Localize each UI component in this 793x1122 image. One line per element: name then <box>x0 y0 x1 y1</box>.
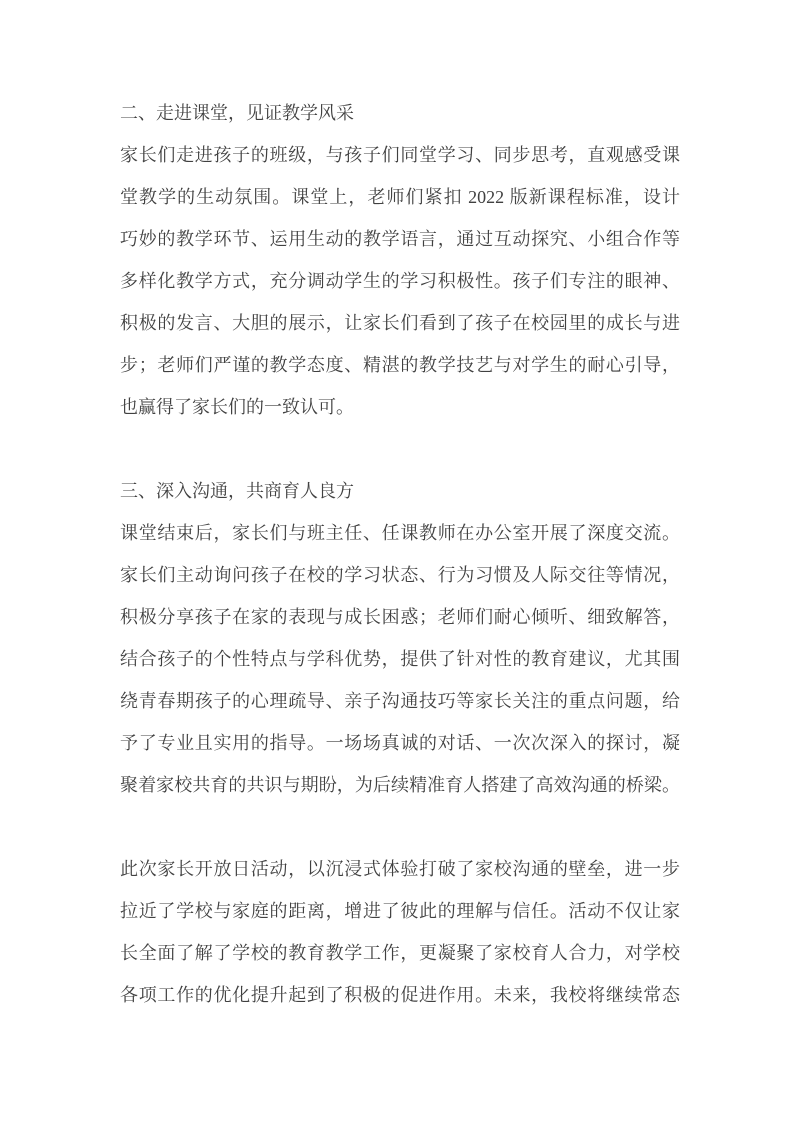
text-line: 此次家长开放日活动，以沉浸式体验打破了家校沟通的壁垒，进一步 <box>120 848 680 890</box>
section-heading: 三、深入沟通，共商育人良方 <box>120 470 680 512</box>
text-line: 巧妙的教学环节、运用生动的教学语言，通过互动探究、小组合作等 <box>120 218 680 260</box>
text-line: 课堂结束后，家长们与班主任、任课教师在办公室开展了深度交流。 <box>120 512 680 554</box>
text-line: 也赢得了家长们的一致认可。 <box>120 386 680 428</box>
section-heading: 二、走进课堂，见证教学风采 <box>120 92 680 134</box>
text-line: 多样化教学方式，充分调动学生的学习积极性。孩子们专注的眼神、 <box>120 260 680 302</box>
text-line: 家长们走进孩子的班级，与孩子们同堂学习、同步思考，直观感受课 <box>120 134 680 176</box>
text-line: 予了专业且实用的指导。一场场真诚的对话、一次次深入的探讨，凝 <box>120 722 680 764</box>
text-line: 拉近了学校与家庭的距离，增进了彼此的理解与信任。活动不仅让家 <box>120 890 680 932</box>
section-classroom-visit: 二、走进课堂，见证教学风采 家长们走进孩子的班级，与孩子们同堂学习、同步思考，直… <box>120 92 680 428</box>
text-line: 结合孩子的个性特点与学科优势，提供了针对性的教育建议，尤其围 <box>120 638 680 680</box>
text-line: 长全面了解了学校的教育教学工作，更凝聚了家校育人合力，对学校 <box>120 932 680 974</box>
text-line: 积极分享孩子在家的表现与成长困惑；老师们耐心倾听、细致解答， <box>120 596 680 638</box>
section-conclusion: 此次家长开放日活动，以沉浸式体验打破了家校沟通的壁垒，进一步 拉近了学校与家庭的… <box>120 848 680 1016</box>
text-line: 各项工作的优化提升起到了积极的促进作用。未来，我校将继续常态 <box>120 974 680 1016</box>
text-line: 步；老师们严谨的教学态度、精湛的教学技艺与对学生的耐心引导， <box>120 344 680 386</box>
text-line: 堂教学的生动氛围。课堂上，老师们紧扣 2022 版新课程标准，设计 <box>120 176 680 218</box>
text-line: 聚着家校共育的共识与期盼，为后续精准育人搭建了高效沟通的桥梁。 <box>120 764 680 806</box>
document-page: 二、走进课堂，见证教学风采 家长们走进孩子的班级，与孩子们同堂学习、同步思考，直… <box>0 0 793 1122</box>
section-communication: 三、深入沟通，共商育人良方 课堂结束后，家长们与班主任、任课教师在办公室开展了深… <box>120 470 680 806</box>
text-line: 家长们主动询问孩子在校的学习状态、行为习惯及人际交往等情况， <box>120 554 680 596</box>
text-line: 绕青春期孩子的心理疏导、亲子沟通技巧等家长关注的重点问题，给 <box>120 680 680 722</box>
text-line: 积极的发言、大胆的展示，让家长们看到了孩子在校园里的成长与进 <box>120 302 680 344</box>
